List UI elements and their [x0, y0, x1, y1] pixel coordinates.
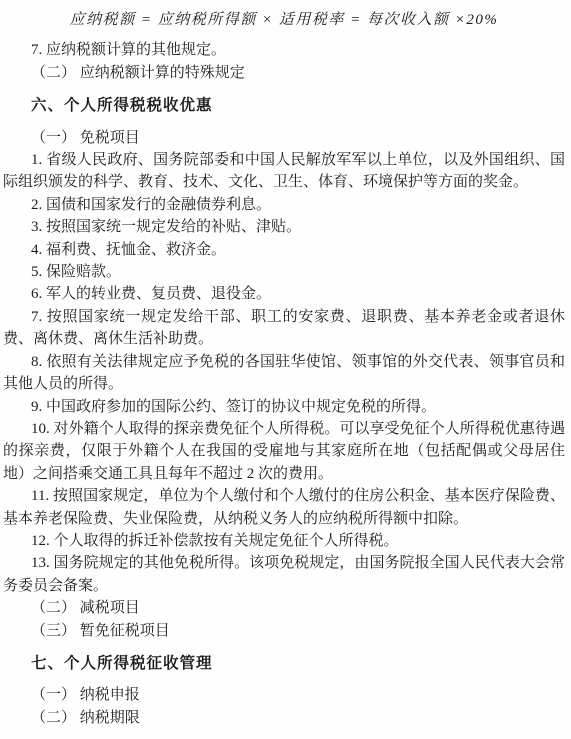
exempt-item-7: 7. 按照国家统一规定发给干部、职工的安家费、退职费、基本养老金或者退休费、离休…: [3, 306, 565, 351]
section-heading-collection-admin: 七、个人所得税征收管理: [3, 653, 565, 675]
subsection-special-rules: （二） 应纳税额计算的特殊规定: [3, 62, 565, 84]
subsection-temp-exempt-items: （三） 暂免征税项目: [3, 620, 565, 642]
exempt-item-4: 4. 福利费、抚恤金、救济金。: [3, 239, 565, 261]
section-heading-tax-incentives: 六、个人所得税税收优惠: [3, 95, 565, 117]
document-page: 应纳税额 = 应纳税所得额 × 适用税率 = 每次收入额 ×20% 7. 应纳税…: [0, 0, 571, 739]
list-item-other-rules: 7. 应纳税额计算的其他规定。: [3, 39, 565, 61]
exempt-item-6: 6. 军人的转业费、复员费、退役金。: [3, 283, 565, 305]
exempt-item-11: 11. 按照国家规定，单位为个人缴付和个人缴付的住房公积金、基本医疗保险费、基本…: [3, 485, 565, 530]
exempt-item-2: 2. 国债和国家发行的金融债券利息。: [3, 194, 565, 216]
subsection-reduced-items: （二） 减税项目: [3, 597, 565, 619]
exempt-item-9: 9. 中国政府参加的国际公约、签订的协议中规定免税的所得。: [3, 396, 565, 418]
exempt-item-3: 3. 按照国家统一规定发给的补贴、津贴。: [3, 216, 565, 238]
exempt-item-8: 8. 依照有关法律规定应予免税的各国驻华使馆、领事馆的外交代表、领事官员和其他人…: [3, 351, 565, 396]
exempt-item-13: 13. 国务院规定的其他免税所得。该项免税规定，由国务院报全国人民代表大会常务委…: [3, 552, 565, 597]
subsection-tax-filing: （一） 纳税申报: [3, 684, 565, 706]
exempt-item-10: 10. 对外籍个人取得的探亲费免征个人所得税。可以享受免征个人所得税优惠待遇的探…: [3, 418, 565, 485]
exempt-item-5: 5. 保险赔款。: [3, 261, 565, 283]
subsection-tax-deadline: （二） 纳税期限: [3, 707, 565, 729]
exempt-item-12: 12. 个人取得的拆迁补偿款按有关规定免征个人所得税。: [3, 530, 565, 552]
tax-formula: 应纳税额 = 应纳税所得额 × 适用税率 = 每次收入额 ×20%: [3, 9, 565, 31]
subsection-exempt-items: （一） 免税项目: [3, 127, 565, 149]
exempt-item-1: 1. 省级人民政府、国务院部委和中国人民解放军军以上单位，以及外国组织、国际组织…: [3, 149, 565, 194]
